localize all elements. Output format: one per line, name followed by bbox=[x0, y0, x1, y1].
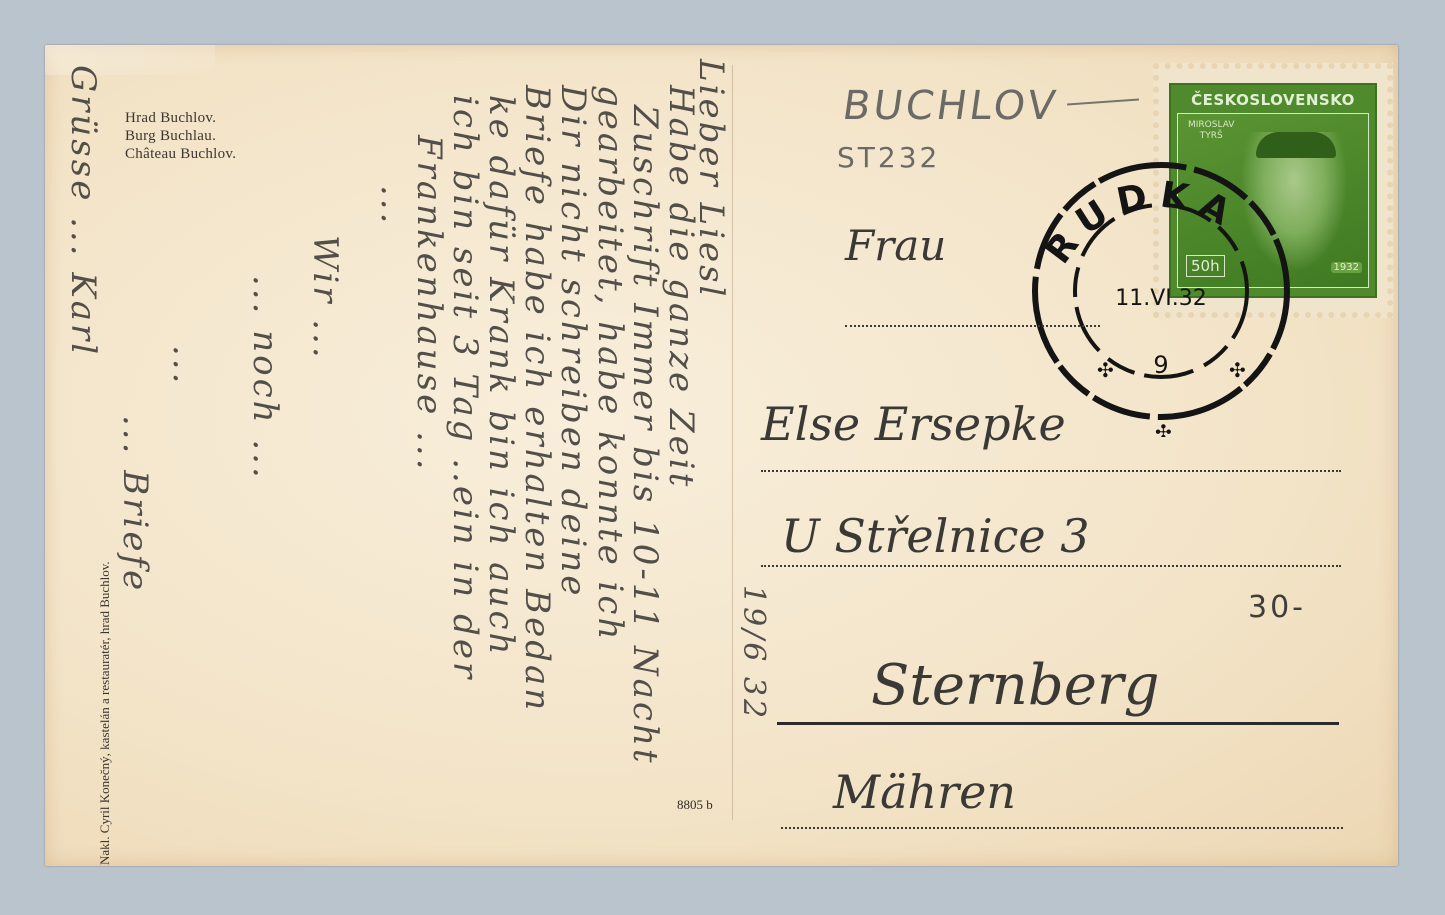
publisher-imprint: Nakl. Cyril Konečný, kastelán a restaura… bbox=[97, 561, 113, 865]
message-column: Briefe habe ich erhalten Bedan bbox=[517, 85, 557, 713]
svg-text:RUDKA: RUDKA bbox=[1038, 174, 1246, 271]
serial-number: 8805 b bbox=[677, 797, 713, 813]
message-column: ich bin seit 3 Tag ..ein in der bbox=[445, 95, 485, 681]
stamp-country: ČESKOSLOVENSKO bbox=[1171, 91, 1375, 109]
address-rule-3 bbox=[761, 565, 1341, 567]
stamp-subject: MIROSLAV TYRŠ bbox=[1188, 120, 1234, 142]
message-column: Grüsse ... Karl bbox=[63, 65, 103, 357]
printed-caption: Hrad Buchlov. Burg Buchlau. Château Buch… bbox=[125, 109, 236, 163]
message-column: Zuschrift Immer bis 10-11 Nacht bbox=[625, 105, 665, 766]
message-column: ... noch ... bbox=[245, 275, 285, 481]
caption-line-german: Burg Buchlau. bbox=[125, 127, 236, 145]
address-name: Else Ersepke bbox=[761, 397, 1066, 451]
center-divider bbox=[732, 65, 733, 820]
address-city: Sternberg bbox=[871, 653, 1159, 718]
caption-line-french: Château Buchlov. bbox=[125, 145, 236, 163]
svg-text:✣: ✣ bbox=[1097, 358, 1114, 382]
address-rule-4 bbox=[777, 722, 1339, 725]
message-column: gearbeitet, habe konnte ich bbox=[590, 85, 630, 642]
message-column: ... Briefe bbox=[115, 415, 155, 593]
address-rule-1 bbox=[845, 325, 1100, 327]
svg-text:9: 9 bbox=[1153, 351, 1168, 379]
pencil-note-code: ST232 bbox=[837, 141, 940, 174]
message-column: ke dafür Krank bin ich auch bbox=[481, 95, 521, 657]
address-rule-2 bbox=[761, 470, 1341, 472]
postmark-cancellation: RUDKA 11.VI.32 9 ✣ ✣ ✣ bbox=[1015, 145, 1307, 437]
message-column: Dir nicht schreiben deine bbox=[553, 85, 593, 598]
pencil-note-price: 30- bbox=[1248, 590, 1306, 625]
postcard: Hrad Buchlov. Burg Buchlau. Château Buch… bbox=[45, 45, 1398, 866]
message-column: ... bbox=[373, 185, 413, 226]
message-column: Habe die ganze Zeit bbox=[661, 85, 701, 489]
address-salutation: Frau bbox=[845, 221, 946, 270]
caption-line-czech: Hrad Buchlov. bbox=[125, 109, 236, 127]
svg-text:11.VI.32: 11.VI.32 bbox=[1115, 286, 1207, 311]
address-rule-5 bbox=[781, 827, 1343, 829]
pencil-dash bbox=[1067, 98, 1139, 105]
message-column: Frankenhause ... bbox=[409, 135, 449, 473]
svg-text:✣: ✣ bbox=[1155, 420, 1172, 437]
pencil-note-location: BUCHLOV bbox=[840, 83, 1061, 129]
address-street: U Střelnice 3 bbox=[781, 509, 1090, 563]
svg-text:✣: ✣ bbox=[1229, 358, 1246, 382]
message-date: 19/6 32 bbox=[736, 585, 771, 721]
message-column: Wir ... bbox=[305, 235, 345, 361]
message-column: ... bbox=[165, 345, 205, 386]
address-region: Mähren bbox=[833, 765, 1016, 819]
stamp-year: 1932 bbox=[1331, 262, 1362, 273]
